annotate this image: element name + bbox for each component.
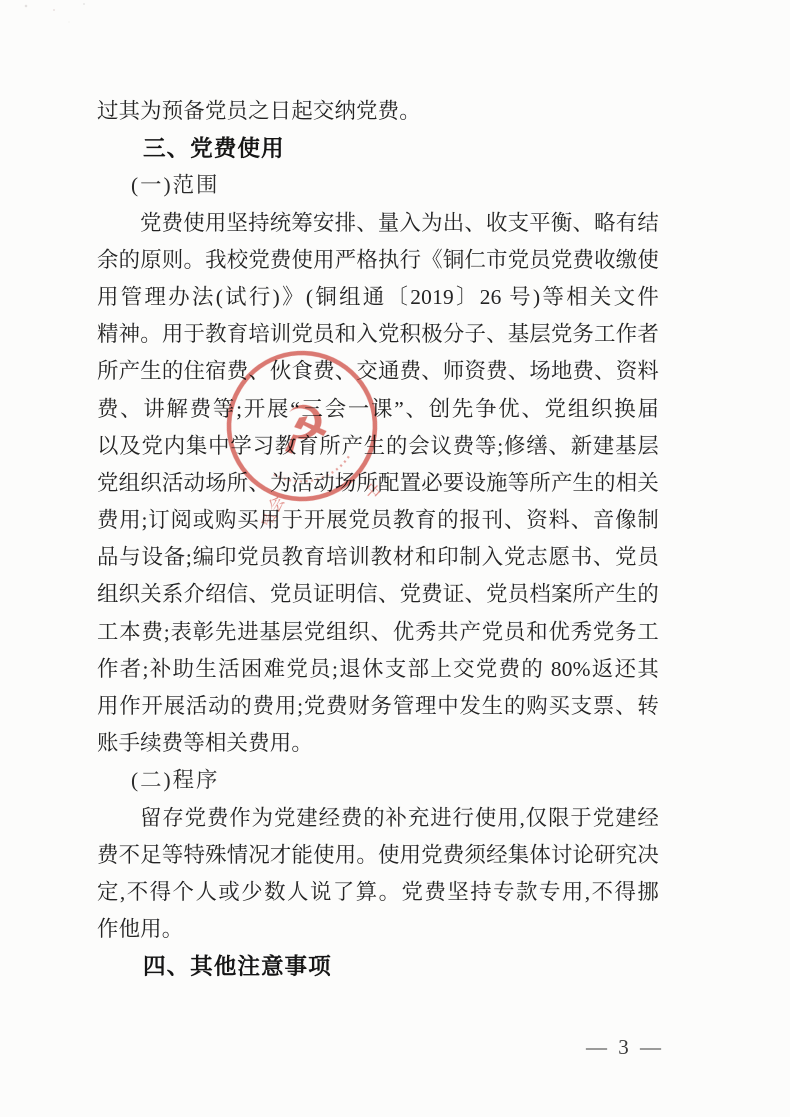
scan-noise-speckles	[14, 0, 134, 40]
doc-line: 过其为预备党员之日起交纳党费。	[97, 93, 659, 130]
doc-line: 组织关系介绍信、党员证明信、党费证、党员档案所产生的	[97, 576, 659, 613]
doc-line: 余的原则。我校党费使用严格执行《铜仁市党员党费收缴使	[97, 242, 659, 279]
doc-line: 工本费;表彰先进基层党组织、优秀共产党员和优秀党务工	[97, 614, 659, 651]
document-body: 过其为预备党员之日起交纳党费。 三、党费使用 (一)范围 党费使用坚持统筹安排、…	[97, 93, 659, 986]
section-heading-4: 四、其他注意事项	[97, 948, 659, 985]
doc-line: 精神。用于教育培训党员和入党积极分子、基层党务工作者	[97, 316, 659, 353]
doc-line: 定,不得个人或少数人说了算。党费坚持专款专用,不得挪	[97, 874, 659, 911]
doc-line: 党组织活动场所、为活动场所配置必要设施等所产生的相关	[97, 465, 659, 502]
doc-line: 作他用。	[97, 911, 659, 948]
doc-line: 费用;订阅或购买用于开展党员教育的报刊、资料、音像制	[97, 502, 659, 539]
scanned-document-page: { "document": { "lines": [ "过其为预备党员之日起交纳…	[0, 0, 790, 1117]
doc-line: 党费使用坚持统筹安排、量入为出、收支平衡、略有结	[97, 205, 659, 242]
page-number: — 3 —	[586, 1035, 664, 1060]
doc-line: 费、讲解费等;开展“三会一课”、创先争优、党组织换届	[97, 391, 659, 428]
doc-line: 品与设备;编印党员教育培训教材和印制入党志愿书、党员	[97, 539, 659, 576]
section-heading-3: 三、党费使用	[97, 130, 659, 167]
doc-line: 费不足等特殊情况才能使用。使用党费须经集体讨论研究决	[97, 837, 659, 874]
doc-line: 作者;补助生活困难党员;退休支部上交党费的 80%返还其	[97, 651, 659, 688]
doc-line: 用管理办法(试行)》(铜组通〔2019〕26 号)等相关文件	[97, 279, 659, 316]
doc-line: 留存党费作为党建经费的补充进行使用,仅限于党建经	[97, 800, 659, 837]
doc-line: 所产生的住宿费、伙食费、交通费、师资费、场地费、资料	[97, 353, 659, 390]
doc-line: 用作开展活动的费用;党费财务管理中发生的购买支票、转	[97, 688, 659, 725]
doc-line: 以及党内集中学习教育所产生的会议费等;修缮、新建基层	[97, 428, 659, 465]
subsection-heading-scope: (一)范围	[97, 167, 659, 204]
subsection-heading-procedure: (二)程序	[97, 762, 659, 799]
doc-line: 账手续费等相关费用。	[97, 725, 659, 762]
